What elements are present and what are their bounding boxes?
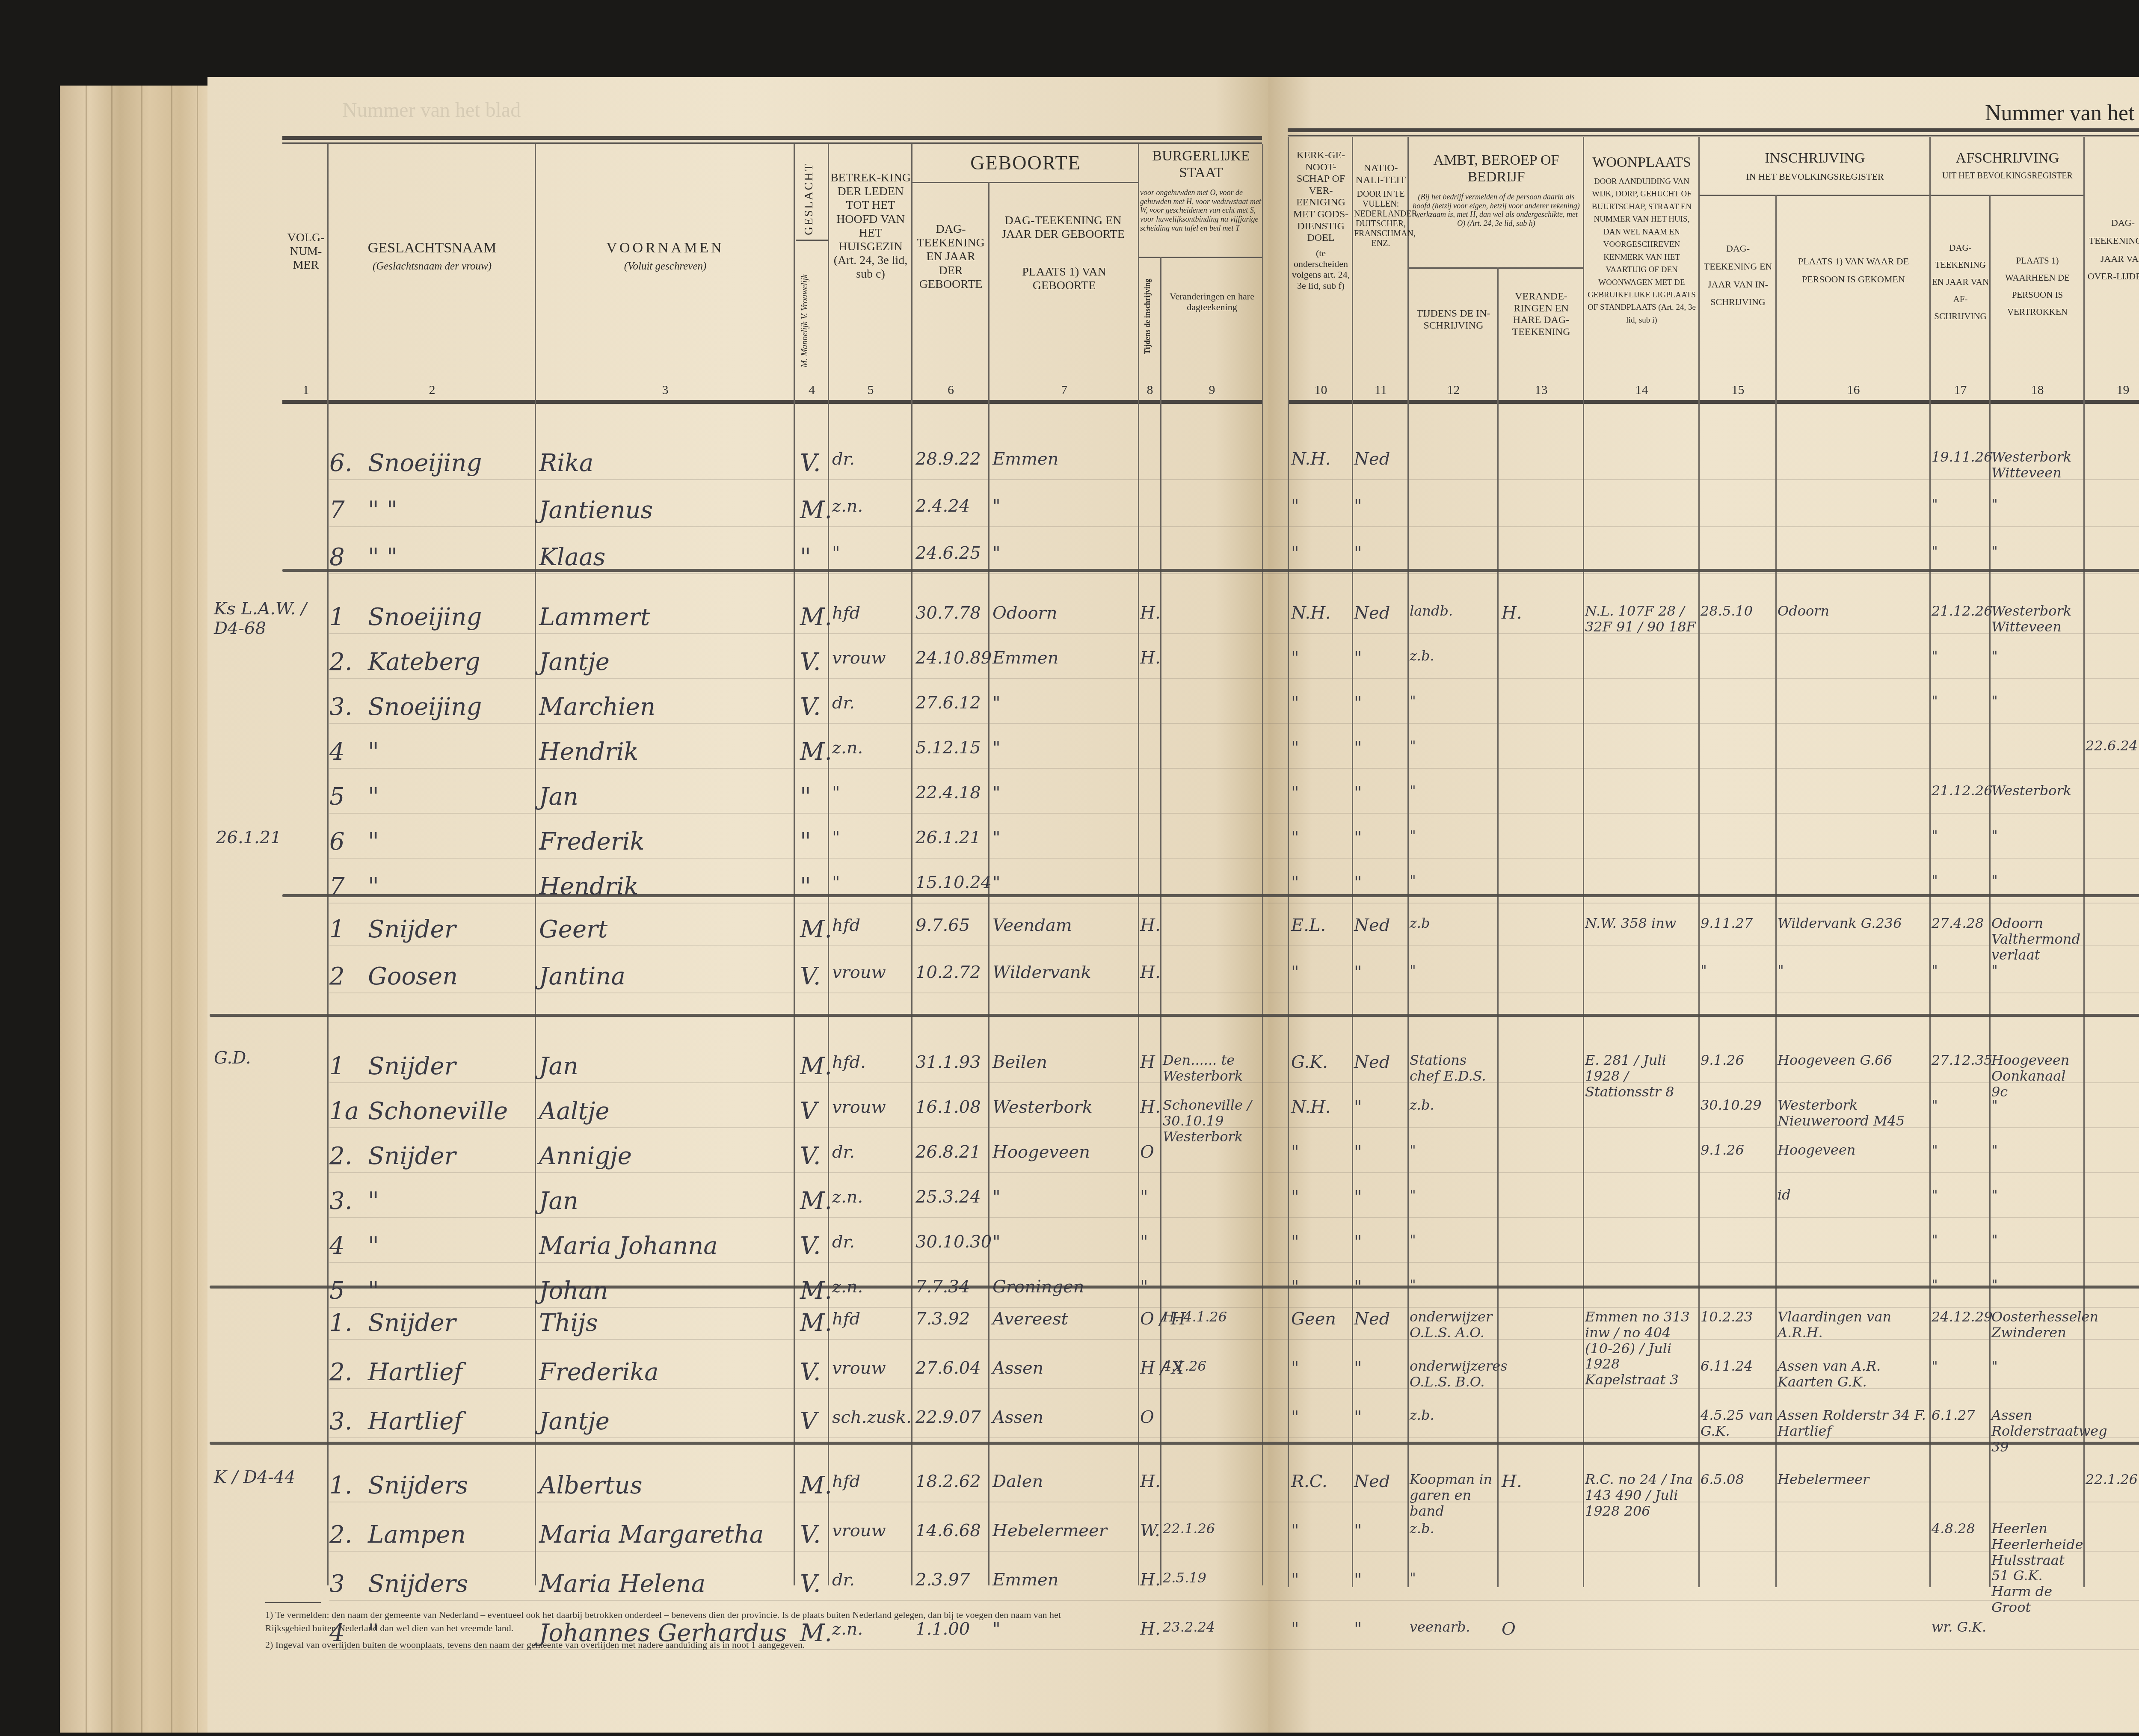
cell-born: 26.8.21 — [915, 1142, 981, 1162]
cell-nr: 3 — [329, 1570, 345, 1598]
cell-out-date: 21.12.26 — [1932, 783, 1989, 799]
cell-nat: Ned — [1354, 1472, 1390, 1491]
cell-rel: vrouw — [832, 648, 886, 668]
ambt-header: AMBT, BEROEP OF BEDRIJF — [1410, 152, 1583, 185]
col3-title: VOORNAMEN — [537, 240, 794, 256]
cell-place: " — [992, 496, 1000, 516]
cell-died: 22.6.24 — [2086, 738, 2139, 754]
afschrijving-header: AFSCHRIJVING — [1932, 150, 2083, 166]
cell-out-to: " — [1991, 963, 2083, 978]
ambt-note: (Bij het bedrijf vermelden of de persoon… — [1412, 193, 1581, 228]
cell-in-from: " — [1778, 963, 1929, 978]
cell-born: 10.2.72 — [915, 963, 981, 982]
inschrijving-sub: IN HET BEVOLKINGSREGISTER — [1701, 171, 1929, 182]
cell-place: Emmen — [992, 449, 1059, 469]
cell-out-to: Westerbork Witteveen — [1991, 603, 2083, 635]
household-divider — [210, 1442, 2139, 1445]
cell-nat: " — [1354, 1358, 1362, 1378]
cell-nat: " — [1354, 783, 1362, 803]
cell-occ: onderwijzer O.L.S. A.O. — [1410, 1309, 1497, 1341]
cell-sex: " — [800, 828, 811, 856]
cell-surname: Lampen — [368, 1521, 466, 1549]
ruled-line — [329, 573, 2139, 574]
cell-born: 28.9.22 — [915, 449, 981, 469]
cell-out-to: " — [1991, 648, 2083, 664]
cell-given: Jan — [539, 1052, 578, 1080]
colnum-17: 17 — [1932, 383, 1989, 397]
cell-rel: dr. — [832, 449, 855, 469]
cell-given: Hendrik — [539, 738, 639, 766]
cell-out-to: " — [1991, 543, 2083, 559]
ruled-line — [329, 1262, 2139, 1263]
cell-given: Aaltje — [539, 1097, 610, 1125]
cell-out-date: " — [1932, 1142, 1989, 1158]
cell-born: 5.12.15 — [915, 738, 981, 758]
cell-out-to: " — [1991, 1232, 2083, 1248]
cell-given: Johan — [539, 1277, 608, 1305]
cell-surname: " " — [368, 543, 397, 571]
colnum-19: 19 — [2086, 383, 2139, 397]
cell-place: Assen — [992, 1358, 1043, 1378]
cell-nr: 4 — [329, 1232, 345, 1260]
col6-title-inner: DAG-TEEKENING EN JAAR DER GEBOORTE — [913, 222, 988, 291]
cell-born: 24.6.25 — [915, 543, 981, 563]
col-line — [794, 144, 795, 1585]
cell-nat: " — [1354, 828, 1362, 847]
cell-given: Rika — [539, 449, 593, 477]
cell-nr: 1a — [329, 1097, 359, 1125]
cell-out-date: " — [1932, 828, 1989, 844]
bleed-through-text: Nummer van het blad — [342, 98, 521, 122]
cell-in-date: 9.1.26 — [1701, 1142, 1775, 1158]
cell-nr: 1. — [329, 1309, 352, 1337]
cell-nat: " — [1354, 1570, 1362, 1590]
col10-title: KERK-GE-NOOT-SCHAP OF VER-EENIGING MET G… — [1290, 150, 1352, 244]
cell-born: 30.7.78 — [915, 603, 981, 623]
cell-born: 2.4.24 — [915, 496, 970, 516]
cell-out-to: Heerlen Heerlerheide Hulsstraat 51 G.K. … — [1991, 1521, 2083, 1615]
cell-out-to: Westerbork — [1991, 783, 2083, 799]
cell-sex: M. — [800, 1187, 830, 1215]
household-margin-note: G.D. — [214, 1048, 325, 1068]
cell-out-to: " — [1991, 828, 2083, 844]
cell-surname: " " — [368, 496, 397, 524]
cell-given: Klaas — [539, 543, 605, 571]
cell-in-date: 28.5.10 — [1701, 603, 1775, 619]
cell-out-date: 4.8.28 — [1932, 1521, 1989, 1537]
cell-address: R.C. no 24 / Ina 143 490 / Juli 1928 206 — [1585, 1472, 1698, 1519]
cell-place: Emmen — [992, 648, 1059, 668]
cell-out-date: " — [1932, 543, 1989, 559]
ruled-line — [329, 633, 2139, 634]
cell-place: " — [992, 738, 1000, 758]
book-page-edges — [60, 86, 210, 1733]
cell-nr: 2. — [329, 1358, 352, 1386]
cell-bs: O — [1140, 1142, 1154, 1162]
cell-rel: dr. — [832, 1142, 855, 1162]
cell-bs-change: 2.5.19 — [1163, 1570, 1263, 1586]
cell-place: Westerbork — [992, 1097, 1093, 1117]
ruled-line — [329, 1307, 2139, 1308]
col5-sub: (Art. 24, 3e lid, sub c) — [830, 254, 911, 281]
cell-church: N.H. — [1291, 603, 1331, 623]
cell-surname: " — [368, 783, 379, 811]
cell-born: 2.3.97 — [915, 1570, 970, 1590]
cell-given: Jantina — [539, 963, 625, 990]
cell-occ-change: O — [1502, 1619, 1516, 1639]
cell-surname: Snijders — [368, 1472, 468, 1499]
cell-out-date: " — [1932, 1358, 1989, 1374]
cell-given: Jan — [539, 783, 578, 811]
cell-out-date: 27.12.35 — [1932, 1052, 1989, 1068]
cell-church: " — [1291, 1187, 1299, 1207]
inschrijving-header: INSCHRIJVING — [1701, 150, 1929, 166]
cell-nat: " — [1354, 1619, 1362, 1639]
col-line — [1352, 137, 1353, 1587]
cell-rel: vrouw — [832, 1097, 886, 1117]
cell-occ: onderwijzeres O.L.S. B.O. — [1410, 1358, 1497, 1390]
cell-sex: M. — [800, 603, 830, 631]
cell-given: Marchien — [539, 693, 655, 721]
cell-in-date: 30.10.29 — [1701, 1097, 1775, 1113]
cell-out-date: 24.12.29 — [1932, 1309, 1989, 1325]
cell-nr: 8 — [329, 543, 345, 571]
cell-church: " — [1291, 1407, 1299, 1427]
cell-rel: sch.zusk. — [832, 1407, 911, 1427]
cell-place: " — [992, 1232, 1000, 1252]
cell-nat: " — [1354, 1407, 1362, 1427]
cell-occ: " — [1410, 963, 1497, 978]
cell-occ: z.b — [1410, 915, 1497, 931]
cell-surname: Hartlief — [368, 1407, 462, 1435]
cell-born: 30.10.30 — [915, 1232, 988, 1252]
header-top-rule-right — [1288, 128, 2139, 132]
cell-rel: dr. — [832, 1232, 855, 1252]
cell-occ: z.b. — [1410, 1407, 1497, 1423]
cell-surname: Snijder — [368, 1052, 456, 1080]
col7-title: PLAATS 1) VAN GEBOORTE — [990, 265, 1138, 293]
col4-title: GESLACHT — [802, 163, 816, 235]
cell-in-date: 9.1.26 — [1701, 1052, 1775, 1068]
cell-out-to: " — [1991, 496, 2083, 512]
cell-nat: " — [1354, 1277, 1362, 1297]
cell-sex: V — [800, 1097, 817, 1125]
household-margin-note: K / D4-44 — [214, 1467, 325, 1487]
cell-given: Maria Margaretha — [539, 1521, 764, 1549]
cell-out-to: Oosterhesselen Zwinderen — [1991, 1309, 2083, 1341]
cell-nr: 2 — [329, 963, 345, 990]
cell-rel: " — [832, 828, 840, 847]
cell-nr: 1. — [329, 1472, 352, 1499]
col-line — [1407, 137, 1409, 1587]
cell-in-from: Vlaardingen van A.R.H. — [1778, 1309, 1929, 1341]
col-line — [1497, 267, 1499, 1587]
cell-church: " — [1291, 828, 1299, 847]
cell-sex: V. — [800, 648, 821, 676]
ruled-line — [329, 526, 2139, 527]
cell-bs: H. — [1140, 1472, 1161, 1491]
cell-bs: H. — [1140, 603, 1161, 623]
col6-title: DAG-TEEKENING EN JAAR DER GEBOORTE — [990, 214, 1136, 241]
cell-sex: M. — [800, 1472, 830, 1499]
cell-bs: H. — [1140, 1097, 1161, 1117]
colnum-16: 16 — [1778, 383, 1929, 397]
cell-given: Annigje — [539, 1142, 632, 1170]
col-line — [1698, 137, 1700, 1587]
ruled-line — [329, 768, 2139, 769]
cell-rel: vrouw — [832, 1521, 886, 1540]
cell-in-from: id — [1778, 1187, 1929, 1203]
cell-occ: " — [1410, 738, 1497, 754]
cell-born: 31.1.93 — [915, 1052, 981, 1072]
cell-surname: " — [368, 873, 379, 901]
cell-nr: 1 — [329, 1052, 345, 1080]
household-divider — [210, 1286, 2139, 1289]
cell-occ: " — [1410, 1142, 1497, 1158]
col5-title: BETREK-KING DER LEDEN TOT HET HOOFD VAN … — [830, 171, 911, 254]
col11-sub: DOOR IN TE VULLEN: NEDERLANDER, DUITSCHE… — [1354, 190, 1407, 249]
cell-born: 27.6.12 — [915, 693, 981, 713]
colnum-5: 5 — [830, 383, 911, 397]
cell-rel: hfd. — [832, 1052, 866, 1072]
cell-surname: " — [368, 738, 379, 766]
ruled-line — [329, 1551, 2139, 1552]
cell-rel: z.n. — [832, 1187, 863, 1207]
col17-title: DAG-TEEKENING EN JAAR VAN AF-SCHRIJVING — [1932, 240, 1989, 325]
cell-nat: Ned — [1354, 449, 1390, 469]
cell-church: " — [1291, 783, 1299, 803]
cell-born: 24.10.89 — [915, 648, 988, 668]
header-bottom-rule-right — [1288, 400, 2139, 404]
cell-occ: z.b. — [1410, 1521, 1497, 1537]
cell-in-from: Westerbork Nieuweroord M45 — [1778, 1097, 1929, 1129]
cell-bs: H — [1140, 1052, 1155, 1072]
cell-church: R.C. — [1291, 1472, 1327, 1491]
cell-out-to: " — [1991, 1358, 2083, 1374]
cell-surname: Kateberg — [368, 648, 480, 676]
cell-nat: " — [1354, 963, 1362, 982]
cell-surname: Snoeijing — [368, 449, 482, 477]
cell-place: " — [992, 543, 1000, 563]
header-col1: VOLG-NUM-MER — [284, 231, 327, 273]
col9-title: Veranderingen en hare dagteekening — [1162, 291, 1262, 313]
cell-place: " — [992, 873, 1000, 892]
cell-out-date: " — [1932, 1277, 1989, 1293]
cell-given: Maria Helena — [539, 1570, 705, 1598]
cell-surname: " — [368, 1277, 379, 1305]
colnum-1: 1 — [284, 383, 327, 397]
cell-church: " — [1291, 1521, 1299, 1540]
colnum-10: 10 — [1290, 383, 1352, 397]
cell-out-to: " — [1991, 1097, 2083, 1113]
colnum-18: 18 — [1991, 383, 2083, 397]
cell-nat: Ned — [1354, 1309, 1390, 1329]
cell-nr: 6 — [329, 828, 345, 856]
cell-given: Hendrik — [539, 873, 639, 901]
cell-out-date: " — [1932, 1097, 1989, 1113]
cell-occ: " — [1410, 873, 1497, 889]
ambt-subrule — [1407, 267, 1583, 269]
cell-church: " — [1291, 873, 1299, 892]
cell-out-to: " — [1991, 1277, 2083, 1293]
cell-bs-change: H. 4.1.26 — [1163, 1309, 1263, 1325]
col14-title: WOONPLAATS — [1585, 154, 1698, 171]
cell-bs: O — [1140, 1407, 1154, 1427]
cell-sex: V. — [800, 1232, 821, 1260]
cell-place: Hoogeveen — [992, 1142, 1090, 1162]
cell-born: 22.9.07 — [915, 1407, 981, 1427]
cell-church: " — [1291, 963, 1299, 982]
cell-address: E. 281 / Juli 1928 / Stationsstr 8 — [1585, 1052, 1698, 1099]
cell-place: Hebelermeer — [992, 1521, 1107, 1540]
header-bottom-rule — [282, 400, 1262, 404]
cell-given: Frederik — [539, 828, 644, 856]
cell-out-to: " — [1991, 873, 2083, 889]
cell-bs: H. — [1140, 1570, 1161, 1590]
cell-church: " — [1291, 1570, 1299, 1590]
cell-out-to: Odoorn Valthermond verlaat — [1991, 915, 2083, 963]
ruled-line — [329, 903, 2139, 904]
cell-nat: " — [1354, 1232, 1362, 1252]
cell-nat: " — [1354, 1521, 1362, 1540]
cell-nat: " — [1354, 496, 1362, 516]
cell-born: 16.1.08 — [915, 1097, 981, 1117]
cell-nat: " — [1354, 1097, 1362, 1117]
row-margin-note: 26.1.21 — [216, 828, 281, 847]
cell-place: Dalen — [992, 1472, 1043, 1491]
cell-rel: vrouw — [832, 963, 886, 982]
col-line — [1583, 137, 1584, 1587]
cell-nr: 3. — [329, 1187, 352, 1215]
cell-address: N.L. 107F 28 / 32F 91 / 90 18F — [1585, 603, 1698, 635]
cell-church: " — [1291, 1232, 1299, 1252]
cell-out-date: 6.1.27 — [1932, 1407, 1989, 1423]
cell-in-date: " — [1701, 963, 1775, 978]
cell-nr: 5 — [329, 783, 345, 811]
cell-church: N.H. — [1291, 449, 1331, 469]
col10-sub: (te onderscheiden volgens art. 24, 3e li… — [1290, 248, 1352, 291]
col-line — [1775, 195, 1777, 1587]
cell-church: " — [1291, 1277, 1299, 1297]
col14-sub: DOOR AANDUIDING VAN WIJK, DORP, GEHUCHT … — [1585, 175, 1698, 326]
cell-church: " — [1291, 648, 1299, 668]
cell-nat: Ned — [1354, 915, 1390, 935]
cell-nat: Ned — [1354, 1052, 1390, 1072]
ruled-line — [329, 945, 2139, 946]
cell-born: 27.6.04 — [915, 1358, 981, 1378]
cell-bs: " — [1140, 1277, 1148, 1297]
header-col5: BETREK-KING DER LEDEN TOT HET HOOFD VAN … — [830, 171, 911, 281]
cell-occ-change: H. — [1502, 1472, 1522, 1491]
cell-out-date: " — [1932, 496, 1989, 512]
cell-bs-change: 23.2.24 — [1163, 1619, 1263, 1635]
cell-in-date: 6.5.08 — [1701, 1472, 1775, 1487]
cell-out-to: Hoogeveen Oonkanaal 9c — [1991, 1052, 2083, 1099]
header-col2: GESLACHTSNAAM (Geslachtsnaam der vrouw) — [329, 240, 535, 273]
cell-address: N.W. 358 inw — [1585, 915, 1698, 931]
col-line — [1138, 144, 1139, 1585]
ruled-line — [329, 858, 2139, 859]
cell-given: Jantje — [539, 648, 610, 676]
cell-sex: V. — [800, 963, 821, 990]
page-number-label: Nummer van het blad — [1985, 101, 2139, 126]
cell-rel: z.n. — [832, 496, 863, 516]
cell-surname: Goosen — [368, 963, 458, 990]
cell-church: " — [1291, 543, 1299, 563]
col19-title: DAG-TEEKENING EN JAAR VAN OVER-LIJDEN 2) — [2086, 214, 2139, 285]
cell-surname: " — [368, 1187, 379, 1215]
colnum-6: 6 — [913, 383, 988, 397]
cell-out-date: 19.11.26 — [1932, 449, 1989, 465]
cell-occ: Koopman in garen en band — [1410, 1472, 1497, 1519]
cell-sex: V. — [800, 693, 821, 721]
col16-title: PLAATS 1) VAN WAAR DE PERSOON IS GEKOMEN — [1778, 252, 1929, 288]
cell-in-from: Wildervank G.236 — [1778, 915, 1929, 931]
cell-nat: " — [1354, 1187, 1362, 1207]
cell-occ: Stations chef E.D.S. — [1410, 1052, 1497, 1084]
cell-bs: O / H — [1140, 1309, 1161, 1329]
afschr-subrule — [1929, 195, 2083, 196]
col3-sub: (Voluit geschreven) — [537, 261, 794, 273]
cell-nat: Ned — [1354, 603, 1390, 623]
cell-given: Lammert — [539, 603, 650, 631]
cell-bs: H. — [1140, 915, 1161, 935]
cell-nr: 5 — [329, 1277, 345, 1305]
cell-out-to: Assen Rolderstraatweg 39 — [1991, 1407, 2083, 1455]
cell-given: Jan — [539, 1187, 578, 1215]
footnote-2: 2) Ingeval van overlijden buiten de woon… — [265, 1638, 1078, 1652]
header-top-rule-thin — [282, 142, 1262, 144]
cell-born: 14.6.68 — [915, 1521, 981, 1540]
cell-occ: z.b. — [1410, 648, 1497, 664]
cell-in-from: Assen Rolderstr 34 F. Hartlief — [1778, 1407, 1929, 1439]
cell-rel: " — [832, 543, 840, 563]
cell-in-date: 9.11.27 — [1701, 915, 1775, 931]
ruled-line — [329, 1217, 2139, 1218]
cell-nat: " — [1354, 693, 1362, 713]
cell-nr: 1 — [329, 915, 345, 943]
cell-rel: " — [832, 873, 840, 892]
cell-nat: " — [1354, 1142, 1362, 1162]
cell-bs-change: Den...... te Westerbork — [1163, 1052, 1263, 1084]
cell-born: 25.3.24 — [915, 1187, 981, 1207]
colnum-3: 3 — [537, 383, 794, 397]
cell-nr: 3. — [329, 693, 352, 721]
bs-header: BURGERLIJKE STAAT — [1140, 148, 1262, 181]
cell-sex: V. — [800, 1570, 821, 1598]
cell-nr: 2. — [329, 1521, 352, 1549]
cell-occ: " — [1410, 1570, 1497, 1586]
cell-surname: Snijder — [368, 1142, 456, 1170]
inschr-subrule — [1698, 195, 1929, 196]
header-col11: NATIO-NALI-TEIT DOOR IN TE VULLEN: NEDER… — [1354, 163, 1407, 249]
cell-church: Geen — [1291, 1309, 1336, 1329]
cell-in-from: Odoorn — [1778, 603, 1929, 619]
cell-church: " — [1291, 1358, 1299, 1378]
cell-out-to: Westerbork Witteveen — [1991, 449, 2083, 481]
header-top-rule — [282, 136, 1262, 140]
cell-church: " — [1291, 496, 1299, 516]
col13-title: VERANDE-RINGEN EN HARE DAG-TEEKENING — [1499, 291, 1583, 338]
cell-occ: landb. — [1410, 603, 1497, 619]
ruled-line — [329, 1502, 2139, 1502]
cell-bs: " — [1140, 1187, 1148, 1207]
cell-out-to: " — [1991, 1142, 2083, 1158]
colnum-14: 14 — [1585, 383, 1698, 397]
cell-church: " — [1291, 1142, 1299, 1162]
cell-out-to: " — [1991, 1187, 2083, 1203]
cell-given: Frederika — [539, 1358, 659, 1386]
